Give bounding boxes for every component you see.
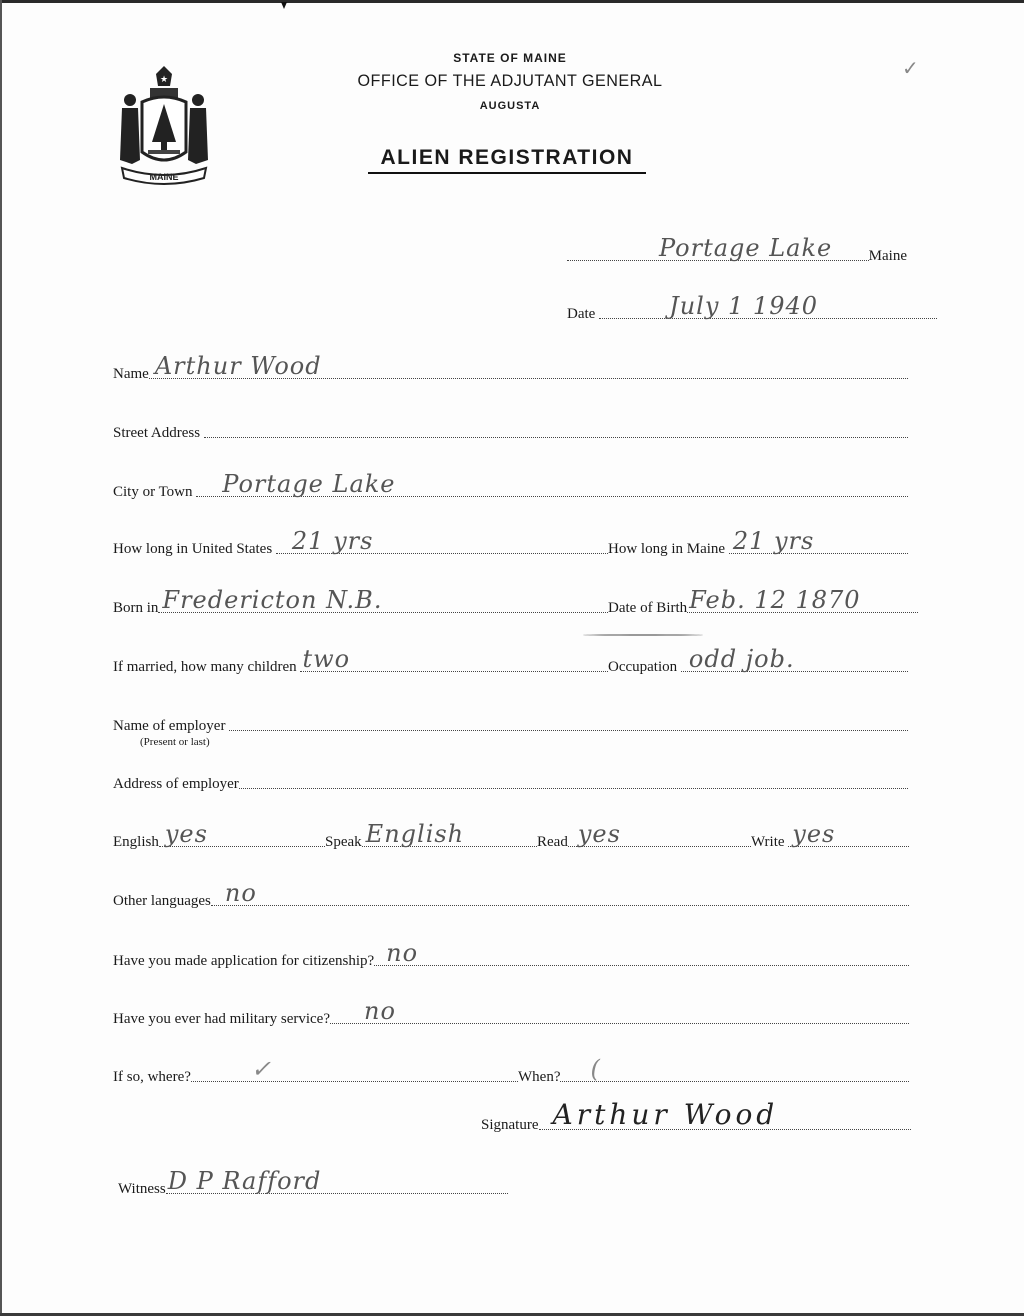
place-field[interactable]: Portage Lake Maine — [567, 248, 907, 265]
citizenship-field[interactable]: Have you made application for citizenshi… — [113, 953, 909, 970]
english-label: English — [113, 834, 159, 851]
pencil-stroke-mark — [583, 634, 703, 636]
witness-label: Witness — [118, 1181, 166, 1198]
street-address-label: Street Address — [113, 425, 200, 442]
born-in-field[interactable]: Born in Fredericton N.B. — [113, 600, 608, 617]
citizenship-value: no — [386, 939, 418, 967]
where-label: If so, where? — [113, 1069, 191, 1086]
employer-name-sublabel: (Present or last) — [140, 736, 210, 748]
how-long-maine-label: How long in Maine — [608, 541, 725, 558]
other-languages-field[interactable]: Other languages no — [113, 893, 909, 910]
witness-field[interactable]: Witness D P Rafford — [118, 1181, 508, 1198]
svg-text:★: ★ — [160, 74, 168, 84]
employer-address-label: Address of employer — [113, 776, 239, 793]
corner-check-mark: ✓ — [902, 56, 919, 80]
write-value: yes — [792, 820, 835, 848]
speak-value: English — [366, 820, 464, 848]
how-long-maine-value: 21 yrs — [733, 527, 815, 555]
place-label: Maine — [869, 248, 907, 265]
city-label: City or Town — [113, 484, 193, 501]
when-value: ( — [590, 1055, 600, 1083]
header-state: STATE OF MAINE — [340, 51, 680, 65]
when-label: When? — [518, 1069, 560, 1086]
how-long-us-value: 21 yrs — [292, 527, 374, 555]
children-field[interactable]: If married, how many children two — [113, 659, 608, 676]
name-label: Name — [113, 366, 149, 383]
form-title: ALIEN REGISTRATION — [368, 146, 646, 174]
born-in-value: Fredericton N.B. — [162, 586, 382, 614]
speak-field[interactable]: Speak English — [325, 834, 537, 851]
signature-label: Signature — [481, 1117, 539, 1134]
signature-field[interactable]: Signature Arthur Wood — [481, 1117, 911, 1134]
date-of-birth-label: Date of Birth — [608, 600, 687, 617]
scan-border-top — [0, 0, 1024, 3]
speak-label: Speak — [325, 834, 362, 851]
city-field[interactable]: City or Town Portage Lake — [113, 484, 908, 501]
military-service-value: no — [364, 997, 396, 1025]
occupation-field[interactable]: Occupation odd job. — [608, 659, 908, 676]
children-value: two — [302, 645, 350, 673]
write-label: Write — [751, 834, 785, 851]
date-value: July 1 1940 — [669, 292, 818, 320]
employer-address-field[interactable]: Address of employer — [113, 776, 908, 793]
born-in-label: Born in — [113, 600, 158, 617]
occupation-label: Occupation — [608, 659, 677, 676]
how-long-us-label: How long in United States — [113, 541, 272, 558]
maine-state-seal-icon: ★ MAINE — [112, 64, 216, 188]
how-long-maine-field[interactable]: How long in Maine 21 yrs — [608, 541, 908, 558]
header-office: OFFICE OF THE ADJUTANT GENERAL — [349, 71, 672, 91]
english-value: yes — [165, 820, 208, 848]
read-label: Read — [537, 834, 568, 851]
military-service-label: Have you ever had military service? — [113, 1011, 330, 1028]
other-languages-value: no — [225, 879, 257, 907]
witness-value: D P Rafford — [168, 1167, 322, 1195]
military-service-field[interactable]: Have you ever had military service? no — [113, 1011, 909, 1028]
citizenship-label: Have you made application for citizenshi… — [113, 953, 374, 970]
date-field[interactable]: Date July 1 1940 — [567, 306, 937, 323]
city-value: Portage Lake — [222, 470, 395, 498]
name-value: Arthur Wood — [155, 352, 322, 380]
name-field[interactable]: Name Arthur Wood — [113, 366, 908, 383]
where-field[interactable]: If so, where? ✓ — [113, 1069, 518, 1086]
english-field[interactable]: English yes — [113, 834, 325, 851]
scan-border-left — [0, 0, 2, 1316]
header-city: AUGUSTA — [340, 100, 680, 112]
other-languages-label: Other languages — [113, 893, 211, 910]
children-label: If married, how many children — [113, 659, 297, 676]
date-of-birth-value: Feb. 12 1870 — [689, 586, 860, 614]
when-field[interactable]: When? ( — [518, 1069, 909, 1086]
date-of-birth-field[interactable]: Date of Birth Feb. 12 1870 — [608, 600, 918, 617]
where-value: ✓ — [251, 1055, 272, 1083]
svg-text:MAINE: MAINE — [150, 172, 179, 182]
how-long-us-field[interactable]: How long in United States 21 yrs — [113, 541, 608, 558]
date-label: Date — [567, 306, 595, 323]
scan-notch-mark — [281, 2, 287, 9]
read-value: yes — [578, 820, 621, 848]
employer-name-label: Name of employer — [113, 718, 225, 735]
place-value: Portage Lake — [659, 234, 832, 262]
occupation-value: odd job. — [689, 645, 795, 673]
read-field[interactable]: Read yes — [537, 834, 751, 851]
signature-value: Arthur Wood — [553, 1098, 779, 1131]
employer-name-field[interactable]: Name of employer — [113, 718, 908, 735]
write-field[interactable]: Write yes — [751, 834, 909, 851]
street-address-field[interactable]: Street Address — [113, 425, 908, 442]
